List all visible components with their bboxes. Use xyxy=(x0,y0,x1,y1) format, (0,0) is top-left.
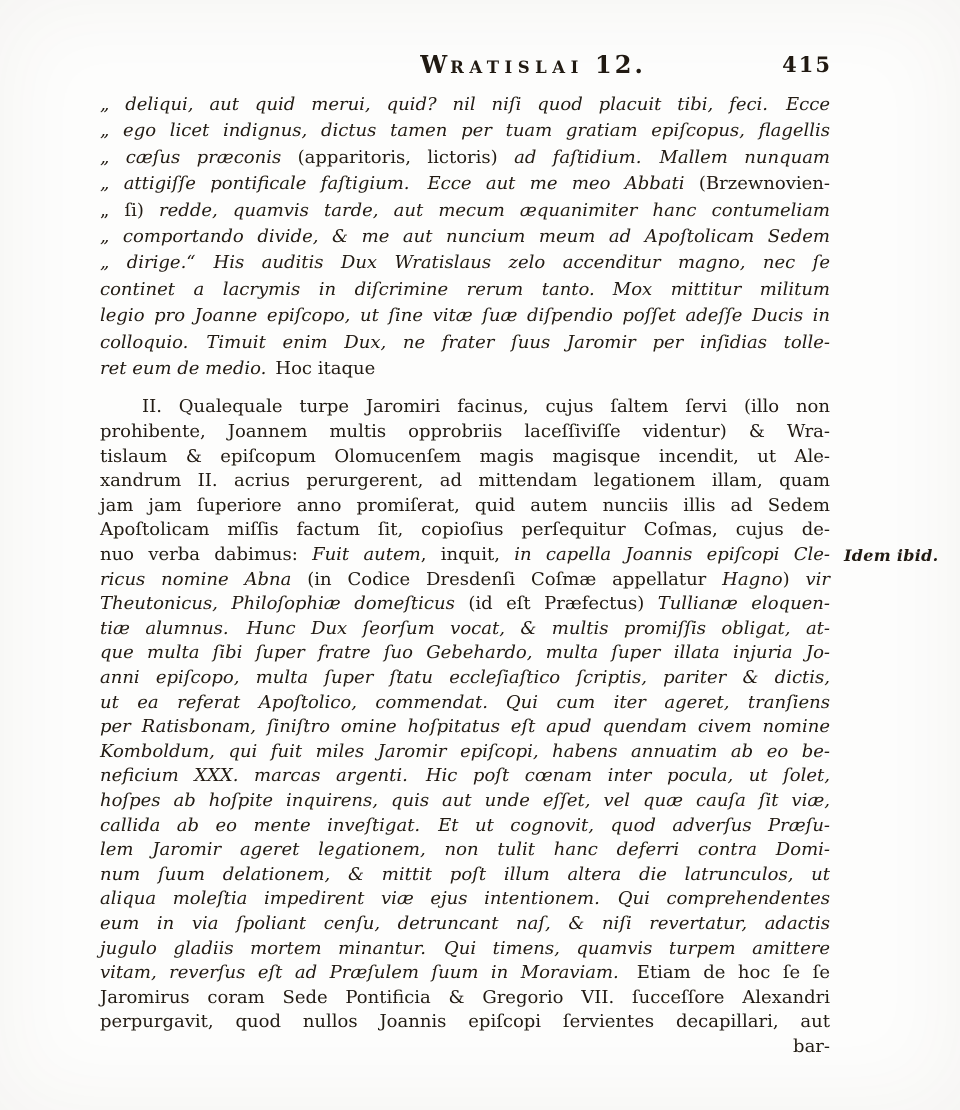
text-segment: Hoc itaque xyxy=(275,358,375,379)
text-segment: colloquio. Timuit enim Dux, ne frater ſu… xyxy=(100,332,830,353)
text-segment: „ ſi) xyxy=(100,200,144,221)
text-segment: II. Qualequale turpe Jaromiri facinus, c… xyxy=(142,396,830,417)
text-line: callida ab eo mente inveſtigat. Et ut co… xyxy=(100,814,830,839)
text-line: neficium XXX. marcas argenti. Hic poſt c… xyxy=(100,764,830,789)
text-line: tiæ alumnus. Hunc Dux ſeorſum vocat, & m… xyxy=(100,617,830,642)
text-line: II. Qualequale turpe Jaromiri facinus, c… xyxy=(100,395,830,420)
text-segment: Theutonicus, Philoſophiæ domeſticus xyxy=(100,593,468,614)
text-segment: perpurgavit, quod nullos Joannis epiſcop… xyxy=(100,1011,830,1032)
text-segment: ad faſtidium. Mallem nunquam xyxy=(498,147,830,168)
text-line: legio pro Joanne epiſcopo, ut ſine vitæ … xyxy=(100,303,830,329)
text-line: vitam, reverſus eſt ad Præſulem ſuum in … xyxy=(100,961,830,986)
text-segment: „ dirige.“ His auditis Dux Wratislaus ze… xyxy=(100,252,830,273)
text-line: „ ego licet indignus, dictus tamen per t… xyxy=(100,118,830,144)
text-segment: jugulo gladiis mortem minantur. Qui time… xyxy=(100,938,830,959)
text-line: per Ratisbonam, ſiniſtro omine hoſpitatu… xyxy=(100,715,830,740)
text-block: „ deliqui, aut quid merui, quid? nil niſ… xyxy=(100,92,830,1060)
text-line: aliqua moleſtia impedirent viæ ejus inte… xyxy=(100,887,830,912)
text-line: jam jam ſuperiore anno promiſerat, quid … xyxy=(100,494,830,519)
text-segment: Komboldum, qui fuit miles Jaromir epiſco… xyxy=(100,741,830,762)
text-segment: lem Jaromir ageret legationem, non tulit… xyxy=(100,839,830,860)
text-line: tislaum & epiſcopum Olomucenſem magis ma… xyxy=(100,445,830,470)
text-segment: que multa ſibi ſuper fratre ſuo Gebehard… xyxy=(100,642,830,663)
text-segment: per Ratisbonam, ſiniſtro omine hoſpitatu… xyxy=(100,716,830,737)
text-line: prohibente, Joannem multis opprobriis la… xyxy=(100,420,830,445)
text-segment: nuo verba dabimus: xyxy=(100,544,312,565)
text-segment: Jaromirus coram Sede Pontificia & Gregor… xyxy=(100,987,830,1008)
text-segment: „ ego licet indignus, dictus tamen per t… xyxy=(100,120,830,141)
text-line: „ attigiſſe pontificale faſtigium. Ecce … xyxy=(100,171,830,197)
text-segment: 12. xyxy=(595,50,646,79)
text-segment: tiæ alumnus. Hunc Dux ſeorſum vocat, & m… xyxy=(100,618,830,639)
text-segment: ut ea referat Apoſtolico, commendat. Qui… xyxy=(100,692,830,713)
text-segment: anni epiſcopo, multa ſuper ſtatu eccleſi… xyxy=(100,667,830,688)
margin-note: Idem ibid. xyxy=(844,544,938,569)
text-segment: Apoſtolicam miſſis factum ſit, copioſius… xyxy=(100,519,830,540)
text-line: eum in via ſpoliant cenſu, detruncant na… xyxy=(100,912,830,937)
text-line: lem Jaromir ageret legationem, non tulit… xyxy=(100,838,830,863)
text-segment: (Brzewnovien- xyxy=(699,173,830,194)
text-segment: bar- xyxy=(793,1036,830,1057)
text-segment: RATISLAI xyxy=(450,58,595,77)
text-segment: ) xyxy=(783,569,806,590)
text-segment: legio pro Joanne epiſcopo, ut ſine vitæ … xyxy=(100,305,830,326)
running-title: WRATISLAI 12. xyxy=(420,50,646,79)
text-segment: W xyxy=(420,50,450,79)
book-page: WRATISLAI 12. 415 „ deliqui, aut quid me… xyxy=(0,0,960,1110)
text-segment: „ attigiſſe pontificale faſtigium. Ecce … xyxy=(100,173,699,194)
text-segment: „ cæſus præconis xyxy=(100,147,298,168)
text-segment: redde, quamvis tarde, aut mecum æquanimi… xyxy=(144,200,830,221)
text-segment: vir xyxy=(805,569,830,590)
text-segment: Tullianæ eloquen- xyxy=(644,593,830,614)
text-line: „ cæſus præconis (apparitoris, lictoris)… xyxy=(100,145,830,171)
text-line: num ſuum delationem, & mittit poſt illum… xyxy=(100,863,830,888)
text-segment: xandrum II. acrius perurgerent, ad mitte… xyxy=(100,470,830,491)
quote-paragraph: „ deliqui, aut quid merui, quid? nil niſ… xyxy=(100,92,830,382)
text-segment: in capella Joannis epiſcopi Cle- xyxy=(514,544,830,565)
text-segment: „ deliqui, aut quid merui, quid? nil niſ… xyxy=(100,94,830,115)
text-line: hoſpes ab hoſpite inquirens, quis aut un… xyxy=(100,789,830,814)
text-segment: callida ab eo mente inveſtigat. Et ut co… xyxy=(100,815,830,836)
text-line: colloquio. Timuit enim Dux, ne frater ſu… xyxy=(100,330,830,356)
text-line: „ comportando divide, & me aut nuncium m… xyxy=(100,224,830,250)
text-segment: prohibente, Joannem multis opprobriis la… xyxy=(100,421,830,442)
text-line: „ deliqui, aut quid merui, quid? nil niſ… xyxy=(100,92,830,118)
text-line: Komboldum, qui fuit miles Jaromir epiſco… xyxy=(100,740,830,765)
text-line: ricus nomine Abna (in Codice Dresdenſi C… xyxy=(100,568,830,593)
text-segment: , inquit, xyxy=(421,544,514,565)
text-line: „ ſi) redde, quamvis tarde, aut mecum æq… xyxy=(100,198,830,224)
page-number: 415 xyxy=(782,52,832,77)
text-line: Jaromirus coram Sede Pontificia & Gregor… xyxy=(100,986,830,1011)
text-line: que multa ſibi ſuper fratre ſuo Gebehard… xyxy=(100,641,830,666)
text-segment: aliqua moleſtia impedirent viæ ejus inte… xyxy=(100,888,830,909)
text-segment: ricus nomine Abna xyxy=(100,569,307,590)
text-line: nuo verba dabimus: Fuit autem, inquit, i… xyxy=(100,543,830,568)
text-segment: (in Codice Dresdenſi Coſmæ appellatur xyxy=(307,569,722,590)
text-line: ut ea referat Apoſtolico, commendat. Qui… xyxy=(100,691,830,716)
text-segment: vitam, reverſus eſt ad Præſulem ſuum in … xyxy=(100,962,637,983)
text-segment: (apparitoris, lictoris) xyxy=(298,147,498,168)
text-line: xandrum II. acrius perurgerent, ad mitte… xyxy=(100,469,830,494)
text-line: Apoſtolicam miſſis factum ſit, copioſius… xyxy=(100,518,830,543)
text-line: „ dirige.“ His auditis Dux Wratislaus ze… xyxy=(100,250,830,276)
text-segment: Etiam de hoc ſe ſe xyxy=(637,962,830,983)
page-header: WRATISLAI 12. 415 xyxy=(0,50,960,84)
text-line: jugulo gladiis mortem minantur. Qui time… xyxy=(100,937,830,962)
text-segment: Hagno xyxy=(722,569,782,590)
text-segment: Fuit autem xyxy=(312,544,421,565)
text-segment: (id eſt Præfectus) xyxy=(468,593,644,614)
section-ii-paragraph: II. Qualequale turpe Jaromiri facinus, c… xyxy=(100,395,830,1059)
text-segment: jam jam ſuperiore anno promiſerat, quid … xyxy=(100,495,830,516)
text-segment: ret eum de medio. xyxy=(100,358,275,379)
text-line: perpurgavit, quod nullos Joannis epiſcop… xyxy=(100,1010,830,1035)
text-segment: neficium XXX. marcas argenti. Hic poſt c… xyxy=(100,765,830,786)
text-line: Theutonicus, Philoſophiæ domeſticus (id … xyxy=(100,592,830,617)
text-segment: continet a lacrymis in diſcrimine rerum … xyxy=(100,279,830,300)
catchword-line: bar- xyxy=(100,1035,830,1060)
text-segment: hoſpes ab hoſpite inquirens, quis aut un… xyxy=(100,790,830,811)
text-segment: „ comportando divide, & me aut nuncium m… xyxy=(100,226,830,247)
text-line: anni epiſcopo, multa ſuper ſtatu eccleſi… xyxy=(100,666,830,691)
text-segment: tislaum & epiſcopum Olomucenſem magis ma… xyxy=(100,446,830,467)
text-segment: eum in via ſpoliant cenſu, detruncant na… xyxy=(100,913,830,934)
text-line: continet a lacrymis in diſcrimine rerum … xyxy=(100,277,830,303)
text-segment: num ſuum delationem, & mittit poſt illum… xyxy=(100,864,830,885)
text-line: ret eum de medio. Hoc itaque xyxy=(100,356,830,382)
